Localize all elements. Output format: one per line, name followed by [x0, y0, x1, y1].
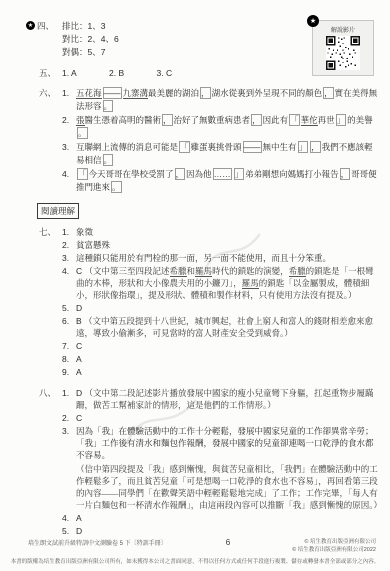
item-text: 因為「我」在體驗活動中的工作十分輕鬆，發展中國家兒童的工作卻異常辛勞；「我」工作… — [76, 425, 378, 511]
text-segment: D — [76, 388, 85, 398]
answer-item: 7.C — [62, 340, 378, 352]
video-qr-panel[interactable]: ★ 解說影片 — [312, 20, 374, 76]
text-segment: D — [76, 303, 82, 313]
item-number: 3. — [62, 252, 76, 264]
answer-item: 1.D （文中第二段記述影片播放發展中國家的瘦小兒童彎下身軀，扛起重物步履蹣跚，… — [62, 387, 378, 411]
star-bullet-icon: ★ — [26, 21, 35, 30]
item-text: 「今天哥哥在學校受罰了，因為他……」弟弟剛想向媽媽打小報告，哥哥便推門進來。 — [76, 168, 378, 194]
text-segment: 。 — [111, 181, 122, 193]
answer-item: 6.B （文中第五段提到十八世紀，城市興起，社會上窮人和富人的錢財相差愈來愈遠，… — [62, 315, 378, 339]
item-text: C — [76, 412, 378, 424]
answer-item: 5.D — [62, 302, 378, 314]
text-segment: 貧富懸殊 — [76, 240, 110, 250]
item-number: 2. — [62, 412, 76, 424]
answer-item: 4.C （文中第三至四段記述希臘和羅馬時代的鎖匙的演變，希臘的鎖匙是「一根彎曲的… — [62, 265, 378, 301]
section-number: 八、 — [39, 387, 56, 399]
item-number: 1. — [62, 87, 76, 113]
section-number: 五、 — [39, 67, 56, 79]
qr-label: 解說影片 — [316, 25, 370, 34]
section-number: 七、 — [39, 226, 56, 238]
item-text: 五花海——九寨溝最美麗的湖泊，湖水從裏到外呈現不同的顏色，實在美得無法形容。 — [76, 87, 378, 113]
answer-item: 2.C — [62, 412, 378, 424]
item-number: 6. — [62, 315, 76, 339]
answer-item: 1.象徵 — [62, 226, 378, 238]
text-segment: D — [76, 526, 82, 536]
answer-item: 4.A — [62, 512, 378, 524]
text-segment: 弟弟剛想向媽媽打小報告 — [245, 169, 339, 179]
text-segment: 羅馬 — [242, 278, 259, 289]
reading-comprehension-header: 閱讀理解 — [37, 203, 79, 219]
text-segment: 華佗 — [301, 115, 318, 126]
text-segment: —— — [243, 141, 262, 153]
item-number: 1. — [62, 226, 76, 238]
text-segment: ， — [200, 87, 211, 99]
text-segment: 最美麗的湖泊 — [148, 88, 199, 98]
text-segment: ， — [175, 168, 186, 180]
item-text: A — [76, 366, 378, 378]
item-text: C — [76, 340, 378, 352]
item-number: 9. — [62, 366, 76, 378]
item-text: D — [76, 525, 378, 537]
item-text: 互聯網上流傳的消息可能是「雞蛋裏挑骨頭——無中生有」，我們不應該輕易相信。 — [76, 141, 378, 167]
text-segment: 因此有 — [263, 115, 289, 125]
item-text: 象徵 — [76, 226, 378, 238]
item-number: 4. — [62, 168, 76, 194]
text-segment: 醫生憑着高明的醫術 — [85, 115, 162, 125]
text-segment: —— — [103, 87, 122, 99]
answer-item: 3.因為「我」在體驗活動中的工作十分輕鬆，發展中國家兒童的工作卻異常辛勞；「我」… — [62, 425, 378, 511]
item-text: D — [76, 302, 378, 314]
text-segment: 時代的鎖匙的演變， — [212, 266, 289, 276]
item-number: 5. — [62, 302, 76, 314]
text-segment: 「 — [77, 168, 88, 180]
item-number: 5. — [62, 525, 76, 537]
text-segment: 張 — [76, 115, 85, 126]
text-segment: ， — [310, 141, 321, 153]
section-six: 六、 1. 五花海——九寨溝最美麗的湖泊，湖水從裏到外呈現不同的顏色，實在美得無… — [26, 87, 378, 195]
text-segment: B — [76, 316, 84, 326]
answer-item: 3.這種鎖只能用於有門栓的那一面，另一面不能使用，而且十分笨重。 — [62, 252, 378, 264]
item-number: 2. — [62, 114, 76, 140]
text-segment: 和 — [187, 266, 196, 276]
text-segment: 」 — [234, 168, 245, 180]
item-text: A — [76, 512, 378, 524]
text-segment: 「 — [179, 141, 190, 153]
item-number: 2. — [62, 239, 76, 251]
text-segment: 九寨溝 — [123, 88, 149, 99]
item-number: 3. — [62, 425, 76, 511]
text-segment: 。 — [77, 127, 88, 139]
page-footer: 培生朗文試前升級特訓中文測驗卷 5 下〔特訓手冊〕 6 © 培生教育出版亞洲有限… — [0, 538, 390, 565]
item-text: B （文中第五段提到十八世紀，城市興起，社會上窮人和富人的錢財相差愈來愈遠，導致… — [76, 315, 378, 339]
item-number: 1. — [62, 387, 76, 411]
text-segment: 無中生有 — [263, 142, 297, 152]
text-segment: A — [76, 367, 82, 377]
text-segment: C — [76, 341, 82, 351]
item-number: 7. — [62, 340, 76, 352]
section-number: 六、 — [39, 87, 56, 99]
item-number: 4. — [62, 265, 76, 301]
answer-item: 9.A — [62, 366, 378, 378]
text-segment: 。 — [103, 154, 114, 166]
item-number: 8. — [62, 353, 76, 365]
text-segment: A — [76, 354, 82, 364]
item-text: 這種鎖只能用於有門栓的那一面，另一面不能使用，而且十分笨重。 — [76, 252, 378, 264]
text-segment: …… — [213, 168, 232, 180]
text-segment: 因為「我」在體驗活動中的工作十分輕鬆，發展中國家兒童的工作卻異常辛勞；「我」工作… — [76, 426, 374, 460]
text-segment: C — [76, 413, 82, 423]
answer-item: 3. 互聯網上流傳的消息可能是「雞蛋裏挑骨頭——無中生有」，我們不應該輕易相信。 — [62, 141, 378, 167]
copyright-line: © 培生教育出版亞洲有限公司 — [304, 539, 376, 545]
text-segment: （文中第二段記述影片播放發展中國家的瘦小兒童彎下身軀，扛起重物步履蹣跚，做苦工幫… — [76, 388, 374, 410]
text-segment: 再世 — [318, 115, 335, 125]
text-segment: 象徵 — [76, 227, 93, 237]
text-segment: 希臘 — [289, 266, 306, 277]
text-segment: 湖水從裏到外呈現不同的顏色 — [212, 88, 323, 98]
legal-notice: 本書的版權為培生教育出版亞洲有限公司所有，如未獲得本公司之書面同意，不得以任何方… — [0, 557, 390, 565]
text-segment: 羅馬 — [195, 266, 212, 277]
item-number: 4. — [62, 512, 76, 524]
text-segment: 因為他 — [186, 169, 212, 179]
text-segment: 五花海 — [76, 88, 102, 99]
text-segment: A — [76, 513, 82, 523]
text-segment: ， — [340, 168, 351, 180]
answer-key-page: ★ 解說影片 ★ 四、 — [0, 0, 390, 571]
mc-answer: 3. C — [157, 68, 173, 78]
text-segment: 這種鎖只能用於有門栓的那一面，另一面不能使用，而且十分笨重。 — [76, 253, 331, 263]
item-text: D （文中第二段記述影片播放發展中國家的瘦小兒童彎下身軀，扛起重物步履蹣跚，做苦… — [76, 387, 378, 411]
text-segment: 治好了無數重病患者 — [174, 115, 251, 125]
copyright-line: © 培生教育出版亞洲有限公司2022 — [292, 547, 376, 553]
answer-item: 4. 「今天哥哥在學校受罰了，因為他……」弟弟剛想向媽媽打小報告，哥哥便推門進來… — [62, 168, 378, 194]
item-text: C （文中第三至四段記述希臘和羅馬時代的鎖匙的演變，希臘的鎖匙是「一根彎曲的木棒… — [76, 265, 378, 301]
copyright-block: © 培生教育出版亞洲有限公司 © 培生教育出版亞洲有限公司2022 — [246, 538, 376, 554]
answer-item: 1. 五花海——九寨溝最美麗的湖泊，湖水從裏到外呈現不同的顏色，實在美得無法形容… — [62, 87, 378, 113]
text-segment: 的美譽 — [347, 115, 373, 125]
page-number: 6 — [210, 538, 246, 547]
section-eight: 八、 1.D （文中第二段記述影片播放發展中國家的瘦小兒童彎下身軀，扛起重物步履… — [26, 387, 378, 538]
section-number: 四、 — [37, 20, 54, 32]
qr-code — [326, 36, 360, 70]
text-segment: 「 — [289, 114, 300, 126]
text-segment: ， — [162, 114, 173, 126]
text-segment: 雞蛋裏挑骨頭 — [191, 142, 242, 152]
text-segment: 」 — [298, 141, 309, 153]
text-segment: 希臘 — [170, 266, 187, 277]
answer-item: 8.A — [62, 353, 378, 365]
item-text: 貧富懸殊 — [76, 239, 378, 251]
star-icon: ★ — [307, 15, 319, 27]
item-number: 3. — [62, 141, 76, 167]
item-text: 張醫生憑着高明的醫術，治好了無數重病患者，因此有「華佗再世」的美譽。 — [76, 114, 378, 140]
text-segment: C — [76, 266, 85, 276]
answer-item: 5.D — [62, 525, 378, 537]
text-segment: 今天哥哥在學校受罰了 — [89, 169, 174, 179]
mc-answer: 2. B — [109, 68, 124, 78]
answer-item: 2.貧富懸殊 — [62, 239, 378, 251]
text-segment: （信中第四段提及「我」感到慚愧，與貧苦兒童相比，「我們」在體驗活動中的工作輕鬆多… — [76, 463, 378, 511]
text-segment: 」 — [336, 114, 347, 126]
text-segment: 。 — [103, 100, 114, 112]
answer-item: 2. 張醫生憑着高明的醫術，治好了無數重病患者，因此有「華佗再世」的美譽。 — [62, 114, 378, 140]
text-segment: 互聯網上流傳的消息可能是 — [76, 142, 178, 152]
booklet-title: 培生朗文試前升級特訓中文測驗卷 5 下〔特訓手冊〕 — [28, 538, 210, 547]
text-segment: ， — [323, 87, 334, 99]
text-segment: （文中第五段提到十八世紀，城市興起，社會上窮人和富人的錢財相差愈來愈遠，導致小偷… — [76, 316, 373, 338]
text-segment: ， — [251, 114, 262, 126]
mc-answer: 1. A — [62, 68, 77, 78]
item-text: A — [76, 353, 378, 365]
text-segment: （文中第三至四段記述 — [85, 266, 170, 276]
section-seven: 七、 1.象徵 2.貧富懸殊 3.這種鎖只能用於有門栓的那一面，另一面不能使用，… — [26, 226, 378, 379]
